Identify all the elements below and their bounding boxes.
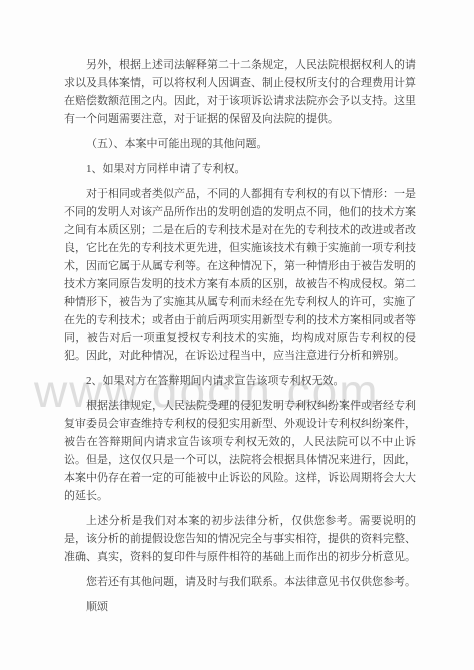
paragraph-disclaimer: 上述分析是我们对本案的初步法律分析，仅供您参考。需要说明的是，该分析的前提假设您… [64, 512, 416, 566]
paragraph-section-heading-other-issues: （五）、本案中可能出现的其他问题。 [64, 135, 416, 153]
document-body: 另外，根据上述司法解释第二十二条规定，人民法院根据权利人的请求以及具体案情，可以… [64, 56, 416, 623]
paragraph-closing-salutation: 顺颂 [64, 598, 416, 616]
paragraph-item-1-analysis: 对于相同或者类似产品，不同的人都拥有专利权的有以下情形：一是不同的发明人对该产品… [64, 185, 416, 365]
paragraph-item-1-heading: 1、如果对方同样申请了专利权。 [64, 160, 416, 178]
paragraph-contact: 您若还有其他问题，请及时与我们联系。本法律意见书仅供您参考。 [64, 573, 416, 591]
paragraph-item-2-heading: 2、如果对方在答辩期间内请求宣告该项专利权无效。 [64, 372, 416, 390]
document-page: www.docin.com 另外，根据上述司法解释第二十二条规定，人民法院根据权… [0, 0, 474, 670]
paragraph-item-2-analysis: 根据法律规定，人民法院受理的侵犯发明专利权纠纷案件或者经专利复审委员会审查维持专… [64, 397, 416, 505]
paragraph-legal-costs: 另外，根据上述司法解释第二十二条规定，人民法院根据权利人的请求以及具体案情，可以… [64, 56, 416, 128]
